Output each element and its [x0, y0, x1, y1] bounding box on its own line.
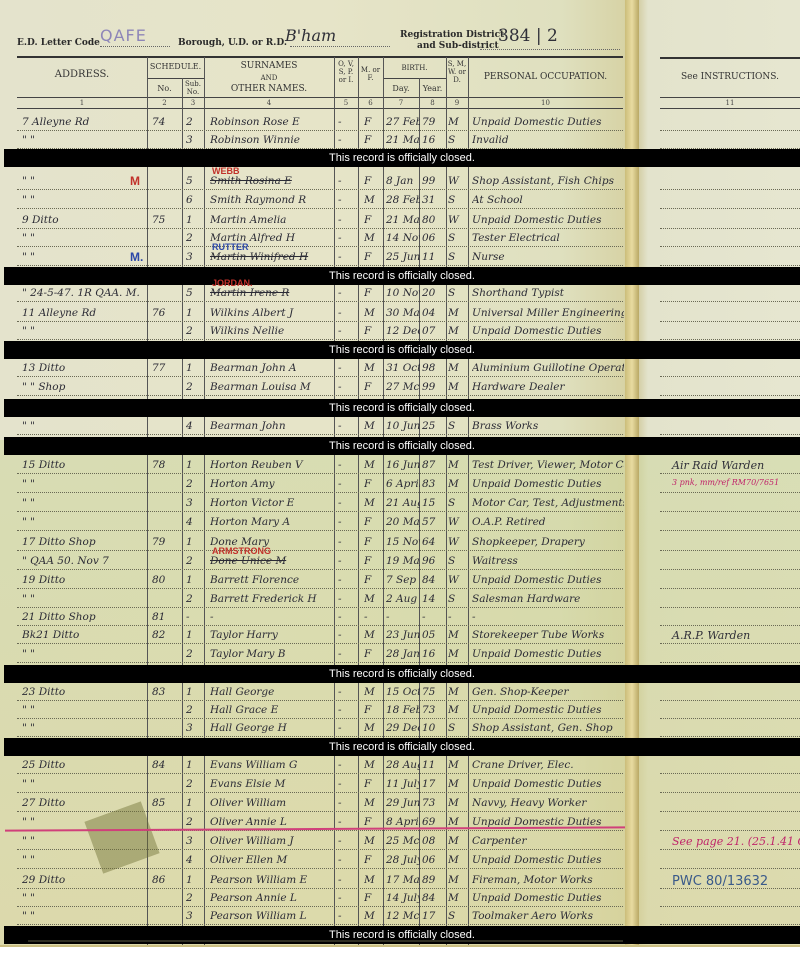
row-rule: [660, 718, 800, 719]
cell-mf: F: [364, 214, 382, 226]
cell-day: 12 Mch: [386, 910, 420, 922]
cell-sub: 1: [186, 686, 204, 698]
cell-mf: F: [364, 574, 382, 586]
cell-year: 25: [422, 420, 446, 432]
cell-year: 83: [422, 478, 446, 490]
cell-sub: 1: [186, 797, 204, 809]
cell-sub: 1: [186, 536, 204, 548]
book-spine: [625, 0, 639, 975]
row-rule: [17, 569, 623, 570]
cell-year: 04: [422, 307, 446, 319]
cell-occ: Fireman, Motor Works: [472, 874, 624, 886]
column-number: 3: [182, 99, 204, 107]
cell-occ: Shop Assistant, Gen. Shop: [472, 722, 624, 734]
row-rule: [17, 625, 623, 626]
col-mf: M. or F.: [358, 66, 383, 82]
cell-day: 23 June: [386, 629, 420, 641]
cell-mf: M: [364, 797, 382, 809]
cell-o: -: [338, 629, 356, 641]
cell-o: -: [338, 874, 356, 886]
cell-name: Martin Winifred H: [210, 251, 332, 263]
column-number: 11: [660, 99, 800, 107]
cell-addr: " ": [22, 497, 144, 509]
cell-occ: At School: [472, 194, 624, 206]
row-rule: [660, 906, 800, 907]
cell-sub: 5: [186, 287, 204, 299]
cell-year: 84: [422, 574, 446, 586]
col-surnames-3: OTHER NAMES.: [204, 84, 334, 94]
cell-name: Oliver William: [210, 797, 332, 809]
cell-sub: 2: [186, 555, 204, 567]
cell-day: 27 Feb: [386, 116, 420, 128]
cell-addr: " ": [22, 892, 144, 904]
cell-addr: " ": [22, 778, 144, 790]
cell-smwd: M: [448, 648, 468, 660]
cell-day: -: [386, 611, 420, 623]
cell-o: -: [338, 381, 356, 393]
row-rule: [17, 265, 623, 266]
cell-year: 98: [422, 362, 446, 374]
cell-year: 80: [422, 214, 446, 226]
cell-name: Oliver Annie L: [210, 816, 332, 828]
cell-name: Hall Grace E: [210, 704, 332, 716]
cell-no: 80: [152, 574, 182, 586]
cell-smwd: M: [448, 116, 468, 128]
cell-mf: M: [364, 307, 382, 319]
row-rule: [17, 530, 623, 531]
registration-label-1: Registration District: [400, 30, 504, 40]
cell-sub: 2: [186, 648, 204, 660]
cell-year: 84: [422, 892, 446, 904]
cell-smwd: M: [448, 759, 468, 771]
col-surnames-1: SURNAMES: [204, 61, 334, 71]
cell-name: Horton Victor E: [210, 497, 332, 509]
cell-year: 87: [422, 459, 446, 471]
birth-sub-rule: [383, 78, 446, 79]
cell-name: Done Unice M: [210, 555, 332, 567]
cell-no: 83: [152, 686, 182, 698]
row-rule: [660, 625, 800, 626]
column-number: 1: [17, 99, 147, 107]
cell-day: 8 Jan: [386, 175, 420, 187]
cell-smwd: S: [448, 232, 468, 244]
row-rule: [660, 530, 800, 531]
instructions-note: 3 pnk, mm/ref RM70/7651: [672, 478, 779, 487]
cell-day: 18 Feb: [386, 704, 420, 716]
cell-mf: F: [364, 778, 382, 790]
row-rule: [17, 395, 623, 396]
cell-year: 73: [422, 797, 446, 809]
cell-year: 79: [422, 116, 446, 128]
cell-o: -: [338, 497, 356, 509]
cell-smwd: W: [448, 574, 468, 586]
page-bottom-edge: [0, 945, 800, 975]
row-rule: [660, 700, 800, 701]
cell-smwd: M: [448, 704, 468, 716]
cell-mf: M: [364, 420, 382, 432]
cell-o: -: [338, 778, 356, 790]
cell-o: -: [338, 478, 356, 490]
cell-name: Smith Rosina E: [210, 175, 332, 187]
cell-occ: Carpenter: [472, 835, 624, 847]
row-rule: [660, 550, 800, 551]
cell-name: Bearman John: [210, 420, 332, 432]
closed-record-banner: This record is officially closed.: [4, 437, 800, 455]
cell-smwd: W: [448, 536, 468, 548]
cell-name: Horton Reuben V: [210, 459, 332, 471]
cell-occ: Shorthand Typist: [472, 287, 624, 299]
cell-occ: Tester Electrical: [472, 232, 624, 244]
cell-day: 10 Nov: [386, 287, 420, 299]
cell-occ: Brass Works: [472, 420, 624, 432]
row-rule: [17, 246, 623, 247]
cell-occ: Unpaid Domestic Duties: [472, 478, 624, 490]
cell-no: 82: [152, 629, 182, 641]
cell-smwd: S: [448, 497, 468, 509]
cell-addr: 13 Ditto: [22, 362, 144, 374]
row-rule: [17, 773, 623, 774]
cell-name: Pearson Annie L: [210, 892, 332, 904]
cell-smwd: M: [448, 892, 468, 904]
cell-name: Pearson William E: [210, 874, 332, 886]
name-correction: JORDAN.: [212, 278, 253, 288]
row-rule: [660, 321, 800, 322]
cell-addr: " ": [22, 232, 144, 244]
cell-o: -: [338, 704, 356, 716]
cell-year: 08: [422, 835, 446, 847]
cell-day: 14 Nov: [386, 232, 420, 244]
name-correction: ARMSTRONG: [212, 546, 271, 556]
cell-addr: 7 Alleyne Rd: [22, 116, 144, 128]
cell-o: -: [338, 648, 356, 660]
cell-day: 17 May: [386, 874, 420, 886]
cell-mf: M: [364, 874, 382, 886]
row-rule: [17, 924, 623, 925]
cell-year: 07: [422, 325, 446, 337]
cell-smwd: M: [448, 381, 468, 393]
row-rule: [660, 246, 800, 247]
row-rule: [17, 700, 623, 701]
row-rule: [17, 736, 623, 737]
cell-occ: Unpaid Domestic Duties: [472, 778, 624, 790]
column-number: 4: [204, 99, 334, 107]
cell-year: 17: [422, 910, 446, 922]
cell-occ: Unpaid Domestic Duties: [472, 116, 624, 128]
cell-smwd: S: [448, 251, 468, 263]
cell-smwd: M: [448, 629, 468, 641]
cell-name: Evans Elsie M: [210, 778, 332, 790]
cell-o: -: [338, 307, 356, 319]
cell-sub: 3: [186, 910, 204, 922]
cell-occ: Invalid: [472, 134, 624, 146]
cell-addr: 19 Ditto: [22, 574, 144, 586]
borough-value: B'ham: [285, 26, 336, 45]
cell-mf: F: [364, 134, 382, 146]
cell-day: 21 Aug: [386, 497, 420, 509]
col-birth: BIRTH.: [383, 63, 446, 73]
cell-day: 28 Feb: [386, 194, 420, 206]
cell-o: -: [338, 722, 356, 734]
cell-mf: F: [364, 536, 382, 548]
registration-value: 384 | 2: [498, 26, 558, 46]
cell-mf: M: [364, 759, 382, 771]
cell-year: 31: [422, 194, 446, 206]
cell-sub: 5: [186, 175, 204, 187]
cell-year: 06: [422, 854, 446, 866]
cell-name: Pearson William L: [210, 910, 332, 922]
table-top-rule-right: [660, 57, 800, 59]
cell-addr: " ": [22, 704, 144, 716]
closed-record-banner: This record is officially closed.: [4, 399, 800, 417]
cell-addr: " " Shop: [22, 381, 144, 393]
cell-o: -: [338, 759, 356, 771]
grid-line: [383, 57, 384, 947]
row-rule: [660, 473, 800, 474]
row-rule: [17, 321, 623, 322]
cell-smwd: M: [448, 816, 468, 828]
cell-o: -: [338, 232, 356, 244]
cell-occ: Motor Car, Test, Adjustments: [472, 497, 624, 509]
cell-sub: 1: [186, 874, 204, 886]
cell-occ: Hardware Dealer: [472, 381, 624, 393]
cell-day: 28 Jan: [386, 648, 420, 660]
cell-mf: F: [364, 381, 382, 393]
cell-day: 21 May: [386, 214, 420, 226]
colnum-bottom-rule: [17, 108, 623, 109]
cell-addr: 21 Ditto Shop: [22, 611, 144, 623]
cell-sub: 3: [186, 835, 204, 847]
name-correction: WEBB: [212, 166, 240, 176]
cell-day: 29 June: [386, 797, 420, 809]
cell-smwd: W: [448, 175, 468, 187]
cell-occ: Unpaid Domestic Duties: [472, 648, 624, 660]
col-smwd: S, M, W. or D.: [446, 60, 468, 84]
row-rule: [17, 339, 623, 340]
cell-smwd: M: [448, 459, 468, 471]
cell-sub: 2: [186, 116, 204, 128]
row-rule: [17, 434, 623, 435]
row-rule: [660, 130, 800, 131]
cell-year: 96: [422, 555, 446, 567]
cell-addr: 11 Alleyne Rd: [22, 307, 144, 319]
cell-addr: " ": [22, 478, 144, 490]
cell-addr: " ": [22, 910, 144, 922]
row-rule: [17, 718, 623, 719]
cell-o: -: [338, 555, 356, 567]
cell-mf: F: [364, 854, 382, 866]
dotted-rule: [480, 49, 620, 50]
row-rule: [17, 607, 623, 608]
cell-sub: 2: [186, 381, 204, 393]
cell-mf: F: [364, 816, 382, 828]
grid-line: [204, 57, 205, 947]
cell-name: Oliver Ellen M: [210, 854, 332, 866]
cell-year: 89: [422, 874, 446, 886]
cell-day: 30 May: [386, 307, 420, 319]
column-number: 6: [358, 99, 383, 107]
row-rule: [660, 607, 800, 608]
row-rule: [660, 588, 800, 589]
header-bottom-rule-right: [660, 97, 800, 98]
cell-name: Robinson Rose E: [210, 116, 332, 128]
cell-o: -: [338, 175, 356, 187]
cell-day: 15 Oct: [386, 686, 420, 698]
cell-name: Taylor Mary B: [210, 648, 332, 660]
dotted-rule: [290, 46, 390, 47]
cell-addr: " ": [22, 325, 144, 337]
cell-mf: F: [364, 287, 382, 299]
cell-sub: 1: [186, 459, 204, 471]
cell-mf: F: [364, 116, 382, 128]
cell-mf: M: [364, 835, 382, 847]
row-rule: [660, 811, 800, 812]
cell-year: 57: [422, 516, 446, 528]
cell-smwd: M: [448, 797, 468, 809]
grid-line: [334, 57, 335, 947]
cell-o: -: [338, 194, 356, 206]
cell-smwd: S: [448, 593, 468, 605]
column-number: 8: [419, 99, 446, 107]
row-rule: [660, 228, 800, 229]
cell-year: 69: [422, 816, 446, 828]
name-correction: RUTTER: [212, 242, 249, 252]
cell-year: 15: [422, 497, 446, 509]
cell-o: -: [338, 536, 356, 548]
cell-sub: 3: [186, 134, 204, 146]
cell-mf: F: [364, 516, 382, 528]
instructions-note: A.R.P. Warden: [672, 629, 750, 642]
cell-occ: Toolmaker Aero Works: [472, 910, 624, 922]
cell-sub: 2: [186, 778, 204, 790]
instructions-note: See page 21. (25.1.41 C1.20): [672, 835, 800, 848]
col-address: ADDRESS.: [17, 70, 147, 80]
cell-occ: -: [472, 611, 624, 623]
cell-o: -: [338, 516, 356, 528]
cell-day: 29 Dec: [386, 722, 420, 734]
cell-occ: Unpaid Domestic Duties: [472, 574, 624, 586]
cell-smwd: M: [448, 854, 468, 866]
cell-occ: O.A.P. Retired: [472, 516, 624, 528]
cell-mf: M: [364, 194, 382, 206]
row-rule: [17, 906, 623, 907]
cell-smwd: S: [448, 287, 468, 299]
closed-record-banner: This record is officially closed.: [4, 738, 800, 756]
cell-mf: F: [364, 704, 382, 716]
cell-mf: M: [364, 629, 382, 641]
cell-occ: Gen. Shop-Keeper: [472, 686, 624, 698]
closed-record-banner: This record is officially closed.: [4, 149, 800, 167]
cell-mf: M: [364, 686, 382, 698]
schedule-sub-rule: [147, 78, 204, 79]
cell-sub: 3: [186, 251, 204, 263]
cell-o: -: [338, 459, 356, 471]
header-bottom-rule: [17, 97, 623, 98]
cell-name: Barrett Frederick H: [210, 593, 332, 605]
cell-smwd: M: [448, 307, 468, 319]
cell-o: -: [338, 362, 356, 374]
cell-smwd: M: [448, 874, 468, 886]
cell-mf: F: [364, 325, 382, 337]
cell-mf: F: [364, 175, 382, 187]
cell-no: 84: [152, 759, 182, 771]
row-rule: [17, 588, 623, 589]
row-rule: [660, 773, 800, 774]
row-rule: [660, 189, 800, 190]
row-rule: [17, 228, 623, 229]
cell-addr: " ": [22, 194, 144, 206]
grid-line: [446, 57, 447, 947]
row-rule: [660, 662, 800, 663]
cell-name: Robinson Winnie: [210, 134, 332, 146]
cell-no: 74: [152, 116, 182, 128]
cell-o: -: [338, 797, 356, 809]
cell-mf: M: [364, 593, 382, 605]
row-rule: [660, 339, 800, 340]
cell-o: -: [338, 910, 356, 922]
closed-record-banner: This record is officially closed.: [4, 267, 800, 285]
cell-day: 2 Aug: [386, 593, 420, 605]
cell-sub: 2: [186, 478, 204, 490]
cell-occ: Shop Assistant, Fish Chips: [472, 175, 624, 187]
cell-year: 06: [422, 232, 446, 244]
cell-addr: " ": [22, 516, 144, 528]
cell-name: Martin Amelia: [210, 214, 332, 226]
row-rule: [660, 792, 800, 793]
cell-occ: Crane Driver, Elec.: [472, 759, 624, 771]
cell-day: 19 May: [386, 555, 420, 567]
cell-name: -: [210, 611, 332, 623]
row-rule: [17, 811, 623, 812]
cell-sub: -: [186, 611, 204, 623]
grid-line: [358, 57, 359, 947]
cell-year: 64: [422, 536, 446, 548]
column-number: 2: [147, 99, 182, 107]
cell-o: -: [338, 214, 356, 226]
cell-occ: Salesman Hardware: [472, 593, 624, 605]
cell-no: 76: [152, 307, 182, 319]
cell-addr: " ": [22, 648, 144, 660]
cell-o: -: [338, 116, 356, 128]
cell-sub: 2: [186, 325, 204, 337]
ed-letter-code-value: QAFE: [100, 26, 147, 45]
cell-sub: 2: [186, 704, 204, 716]
cell-sub: 1: [186, 307, 204, 319]
row-rule: [17, 301, 623, 302]
column-number: 5: [334, 99, 358, 107]
row-rule: [660, 265, 800, 266]
cell-sub: 2: [186, 232, 204, 244]
cell-addr: 23 Ditto: [22, 686, 144, 698]
cell-smwd: S: [448, 910, 468, 922]
cell-smwd: S: [448, 722, 468, 734]
cell-year: 99: [422, 175, 446, 187]
cell-mf: M: [364, 497, 382, 509]
cell-year: 75: [422, 686, 446, 698]
cell-occ: Unpaid Domestic Duties: [472, 214, 624, 226]
cell-mf: M: [364, 362, 382, 374]
cell-day: 16 June: [386, 459, 420, 471]
row-rule: [660, 849, 800, 850]
cell-o: -: [338, 593, 356, 605]
cell-occ: Navvy, Heavy Worker: [472, 797, 624, 809]
table-top-rule: [17, 56, 623, 58]
cell-day: 15 Nov: [386, 536, 420, 548]
row-rule: [660, 434, 800, 435]
row-rule: [17, 888, 623, 889]
address-mark: M: [130, 174, 140, 188]
closed-record-banner: This record is officially closed.: [4, 665, 800, 683]
cell-sub: 4: [186, 420, 204, 432]
